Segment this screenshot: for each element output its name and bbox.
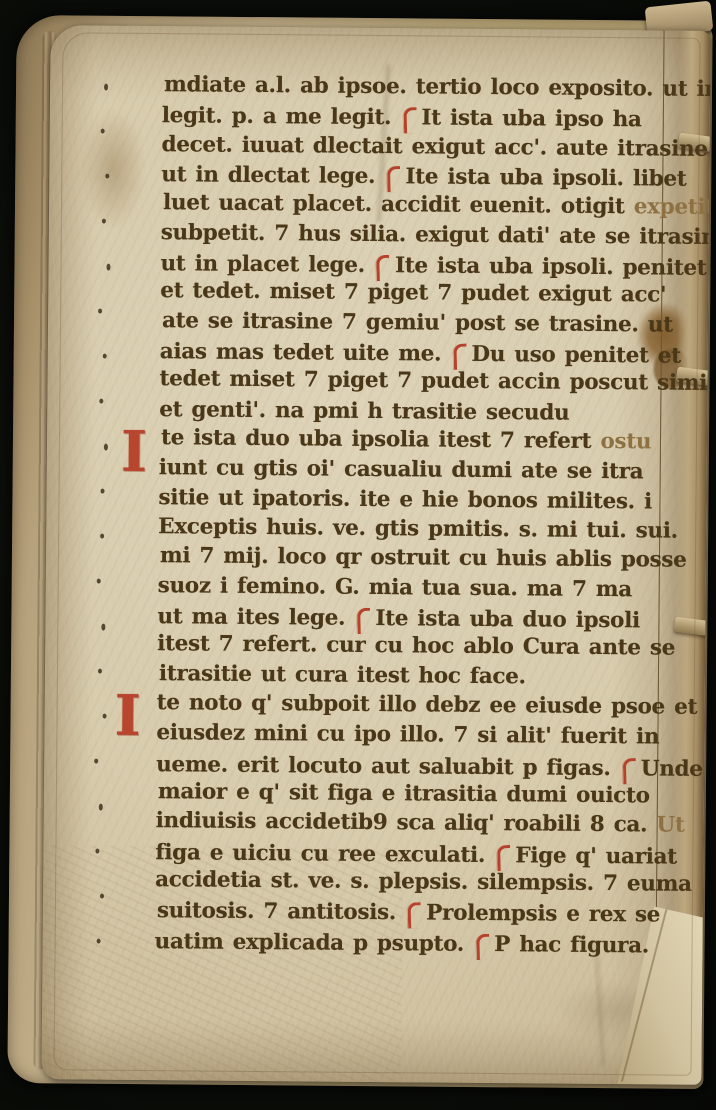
pilcrow-mark: [476, 933, 490, 959]
text-segment: ostu: [600, 429, 651, 454]
text-segment: te noto q' subpoit illo debz ee eiusde p…: [157, 690, 698, 720]
text-segment: Fige q' uariat: [515, 844, 677, 870]
pilcrow-mark: [408, 902, 422, 928]
text-segment: tedet miset 7 piget 7 pudet accin poscut…: [159, 366, 710, 396]
manuscript-line: suoz i femino. G. mia tua sua. ma 7 ma: [158, 574, 706, 608]
text-segment: Prolempsis e rex se: [426, 901, 660, 928]
vertical-crease: [594, 942, 605, 1066]
text-segment: mdiate a.l. ab ipsoe. tertio loco exposi…: [164, 72, 711, 102]
pilcrow-mark: [453, 343, 467, 369]
pricking-hole: [104, 444, 108, 451]
text-segment: suitosis. 7 antitosis.: [157, 898, 406, 925]
manuscript-line: sitie ut ipatoris. ite e hie bonos milit…: [158, 485, 706, 519]
manuscript-line: aias mas tedet uite me. Du uso penitet e…: [160, 337, 708, 371]
text-segment: indiuisis accidetib9 sca aliq' roabili 8…: [156, 808, 657, 837]
text-segment: eiusdez mini cu ipo illo. 7 si alit' fue…: [156, 720, 659, 749]
text-segment: aias mas tedet uite me.: [160, 339, 451, 367]
text-segment: It ista uba ipso ha: [421, 106, 641, 133]
text-segment: legit. p. a me legit.: [162, 104, 401, 131]
pricking-hole: [98, 309, 102, 314]
manuscript-line: accidetia st. ve. s. plepsis. silempsis.…: [155, 867, 703, 901]
manuscript-line: mi 7 mij. loco qr ostruit cu huis ablis …: [160, 543, 708, 577]
pricking-hole: [100, 534, 104, 539]
text-segment: te ista duo uba ipsolia itest 7 refert: [161, 425, 601, 454]
manuscript-line: figa e uiciu cu ree exculati. Fige q' ua…: [155, 838, 703, 872]
pilcrow-mark: [387, 166, 401, 192]
text-segment: mi 7 mij. loco qr ostruit cu huis ablis …: [160, 543, 687, 573]
manuscript-line: itest 7 refert. cur cu hoc ablo Cura ant…: [157, 631, 705, 665]
water-stain: [69, 87, 158, 252]
text-segment: expetit: [634, 194, 711, 220]
pricking-hole: [99, 804, 103, 811]
text-segment: et tedet. miset 7 piget 7 pudet exigut a…: [160, 278, 666, 307]
manuscript-line: suitosis. 7 antitosis. Prolempsis e rex …: [157, 896, 705, 930]
manuscript-line: ut in placet lege. Ite ista uba ipsoli. …: [160, 249, 708, 283]
text-segment: Ite ista uba ipsoli. libet: [405, 165, 686, 192]
text-segment: itest 7 refert. cur cu hoc ablo Cura ant…: [157, 631, 675, 661]
pricking-hole: [101, 129, 105, 134]
manuscript-line: te noto q' subpoit illo debz ee eiusde p…: [157, 690, 705, 724]
text-segment: ate se itrasine 7 gemiu' post se trasine…: [162, 308, 673, 337]
text-segment: P hac figura.: [494, 932, 649, 958]
manuscript-line: te ista duo uba ipsolia itest 7 refert o…: [161, 425, 709, 459]
text-segment: ut in placet lege.: [160, 251, 374, 278]
text-segment: Du uso penitet et: [471, 342, 681, 369]
pricking-hole: [102, 219, 106, 224]
pricking-hole: [98, 669, 102, 674]
manuscript-line: decet. iuuat dlectait exigut acc'. aute …: [161, 132, 709, 166]
text-segment: Ite ista uba duo ipsoli: [375, 606, 640, 633]
text-segment: subpetit. 7 hus silia. exigut dati' ate …: [161, 220, 711, 250]
text-segment: ut in dlectat lege.: [161, 162, 384, 189]
text-segment: Ite ista uba ipsoli. penitet: [395, 253, 707, 281]
rubric-initial: I: [121, 424, 148, 480]
text-segment: et genti'. na pmi h trasitie secudu: [159, 397, 569, 426]
rubric-initial: I: [114, 688, 141, 744]
manuscript-line: luet uacat placet. accidit euenit. otigi…: [163, 190, 711, 224]
pilcrow-mark: [497, 845, 511, 871]
manuscript-line: eiusdez mini cu ipo illo. 7 si alit' fue…: [156, 720, 704, 754]
pilcrow-mark: [622, 758, 636, 784]
pilcrow-mark: [377, 255, 391, 281]
pricking-hole: [95, 849, 99, 854]
pricking-hole: [97, 579, 101, 584]
manuscript-line: mdiate a.l. ab ipsoe. tertio loco exposi…: [164, 72, 711, 106]
text-segment: Ut: [656, 812, 684, 837]
text-segment: Unde: [641, 756, 703, 782]
manuscript-line: itrasitie ut cura itest hoc face.: [159, 661, 707, 695]
manuscript-line: subpetit. 7 hus silia. exigut dati' ate …: [161, 220, 709, 254]
pilcrow-mark: [357, 608, 371, 634]
manuscript-line: ut ma ites lege. Ite ista uba duo ipsoli: [157, 602, 705, 636]
text-segment: luet uacat placet. accidit euenit. otigi…: [163, 190, 634, 219]
pricking-hole: [97, 939, 101, 944]
text-segment: uatim explicada p psupto.: [155, 929, 474, 957]
text-segment: ut ma ites lege.: [157, 604, 354, 631]
manuscript-line: tedet miset 7 piget 7 pudet accin poscut…: [159, 366, 707, 400]
pricking-hole: [104, 84, 108, 91]
pricking-hole: [105, 174, 109, 179]
manuscript-line: Exceptis huis. ve. gtis pmitis. s. mi tu…: [158, 514, 706, 548]
pricking-hole: [103, 354, 107, 359]
manuscript-line: legit. p. a me legit. It ista uba ipso h…: [162, 102, 710, 136]
manuscript-line: indiuisis accidetib9 sca aliq' roabili 8…: [156, 808, 704, 842]
manuscript-line: iunt cu gtis oi' casualiu dumi ate se it…: [159, 455, 707, 489]
pricking-hole: [103, 714, 107, 719]
pilcrow-mark: [403, 108, 417, 134]
manuscript-line: ate se itrasine 7 gemiu' post se trasine…: [162, 308, 710, 342]
manuscript-line: maior e q' sit figa e itrasitia dumi oui…: [158, 779, 706, 813]
pricking-hole: [99, 399, 103, 404]
text-segment: maior e q' sit figa e itrasitia dumi oui…: [158, 779, 650, 808]
manuscript-line: uatim explicada p psupto. P hac figura.: [154, 927, 702, 961]
text-segment: itrasitie ut cura itest hoc face.: [159, 661, 526, 689]
text-segment: figa e uiciu cu ree exculati.: [155, 840, 494, 868]
pricking-hole: [101, 489, 105, 494]
manuscript-photo: I I mdiate a.l. ab ipsoe. tertio loco ex…: [0, 0, 716, 1110]
text-segment: suoz i femino. G. mia tua sua. ma 7 ma: [158, 574, 632, 603]
pricking-hole: [106, 264, 110, 271]
pricking-hole: [94, 759, 98, 764]
text-segment: iunt cu gtis oi' casualiu dumi ate se it…: [159, 455, 644, 484]
text-segment: sitie ut ipatoris. ite e hie bonos milit…: [158, 485, 652, 514]
text-segment: decet. iuuat dlectait exigut acc'. aute …: [161, 132, 707, 162]
text-block: mdiate a.l. ab ipsoe. tertio loco exposi…: [154, 72, 710, 960]
manuscript-line: ut in dlectat lege. Ite ista uba ipsoli.…: [161, 160, 709, 194]
parchment-page: I I mdiate a.l. ab ipsoe. tertio loco ex…: [41, 25, 710, 1085]
pricking-hole: [100, 894, 104, 899]
pricking-hole: [101, 624, 105, 631]
manuscript-line: et tedet. miset 7 piget 7 pudet exigut a…: [160, 278, 708, 312]
text-segment: ueme. erit locuto aut saluabit p figas.: [156, 752, 620, 781]
